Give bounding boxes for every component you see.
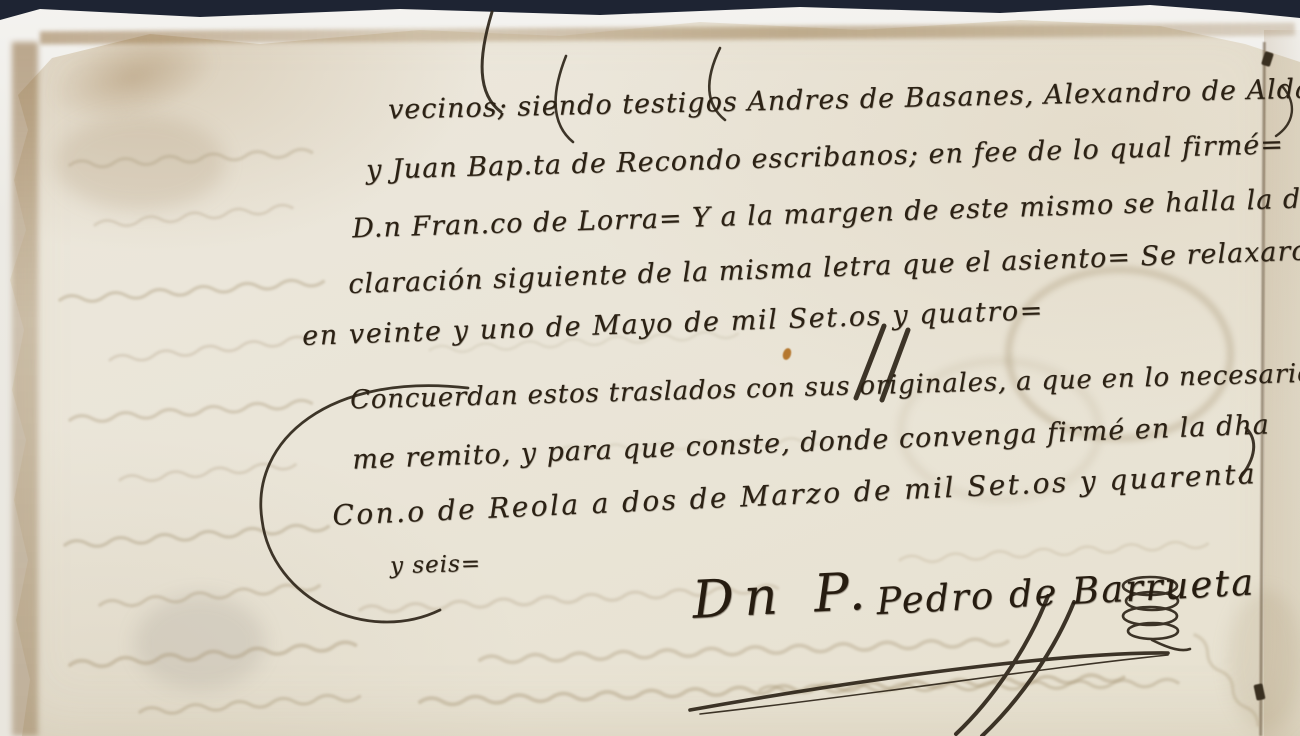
signature-initials: Dn P. — [691, 561, 877, 630]
manuscript-photo: vecinos; siendo testigos Andres de Basan… — [0, 0, 1300, 736]
manuscript-line-9: y seis= — [390, 551, 482, 579]
